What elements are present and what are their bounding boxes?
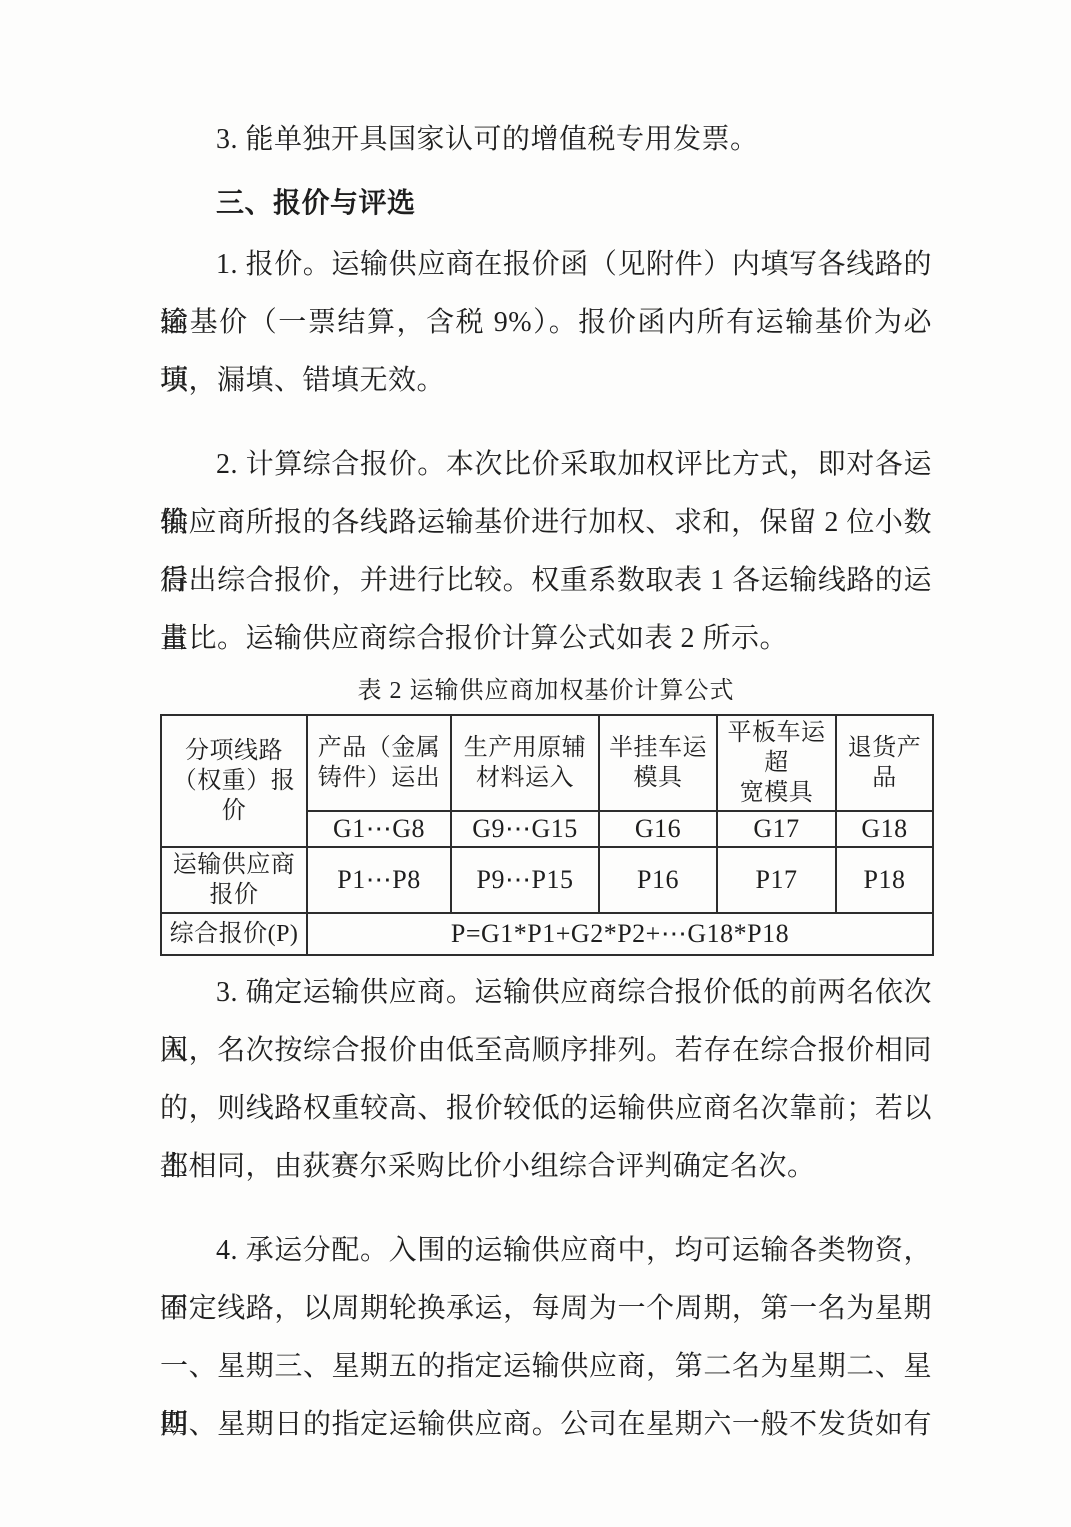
table-2-caption: 表 2 运输供应商加权基价计算公式 [160,668,932,714]
quote-cell-p17: P17 [717,847,836,913]
table-header-semitrailer-mold: 半挂车运 模具 [599,715,717,811]
quote-cell-p1-p8: P1⋯P8 [307,847,451,913]
paragraph-supplier-selection-line-3: 的，则线路权重较高、报价较低的运输供应商名次靠前；若以上 [160,1080,932,1138]
paragraph-quotation-line-1: 1. 报价。运输供应商在报价函（见附件）内填写各线路的运 [160,236,932,294]
weight-cell-g17: G17 [717,811,836,847]
paragraph-supplier-selection-line-2: 围，名次按综合报价由低至高顺序排列。若存在综合报价相同 [160,1022,932,1080]
paragraph-carrier-allocation-line-4: 四、星期日的指定运输供应商。公司在星期六一般不发货如有 [160,1396,932,1454]
weight-cell-g16: G16 [599,811,717,847]
clause-3-invoice-line: 3. 能单独开具国家认可的增值税专用发票。 [160,111,932,169]
supplier-quote-row-label: 运输供应商 报价 [161,847,307,913]
paragraph-composite-calc: 2. 计算综合报价。本次比价采取加权评比方式，即对各运输 供应商所报的各线路运输… [160,436,932,668]
table-header-returned-goods: 退货产品 [836,715,933,811]
table-header-raw-materials-inbound: 生产用原辅 材料运入 [451,715,599,811]
weight-cell-g9-g15: G9⋯G15 [451,811,599,847]
document-page: 3. 能单独开具国家认可的增值税专用发票。 三、报价与评选 1. 报价。运输供应… [0,0,1071,1527]
quote-cell-p18: P18 [836,847,933,913]
paragraph-carrier-allocation-line-3: 一、星期三、星期五的指定运输供应商，第二名为星期二、星期 [160,1338,932,1396]
paragraph-supplier-selection: 3. 确定运输供应商。运输供应商综合报价低的前两名依次入 围，名次按综合报价由低… [160,964,932,1196]
composite-price-row-label: 综合报价(P) [161,913,307,955]
quote-cell-p9-p15: P9⋯P15 [451,847,599,913]
paragraph-carrier-allocation: 4. 承运分配。入围的运输供应商中，均可运输各类物资，不 固定线路，以周期轮换承… [160,1222,932,1454]
paragraph-composite-calc-line-2: 供应商所报的各线路运输基价进行加权、求和，保留 2 位小数后 [160,494,932,552]
paragraph-carrier-allocation-line-2: 固定线路，以周期轮换承运，每周为一个周期，第一名为星期 [160,1280,932,1338]
table-corner-label-cell: 分项线路 （权重）报 价 [161,715,307,847]
paragraph-composite-calc-line-3: 得出综合报价，并进行比较。权重系数取表 1 各运输线路的运量 [160,552,932,610]
weight-cell-g1-g8: G1⋯G8 [307,811,451,847]
composite-price-formula: P=G1*P1+G2*P2+⋯G18*P18 [307,913,933,955]
paragraph-composite-calc-line-4: 占比。运输供应商综合报价计算公式如表 2 所示。 [160,610,932,668]
quote-cell-p16: P16 [599,847,717,913]
weighted-base-price-table: 分项线路 （权重）报 价 产品（金属 铸件）运出 生产用原辅 材料运入 半挂车运… [160,714,934,956]
paragraph-supplier-selection-line-4: 都相同，由荻赛尔采购比价小组综合评判确定名次。 [160,1138,932,1196]
paragraph-supplier-selection-line-1: 3. 确定运输供应商。运输供应商综合报价低的前两名依次入 [160,964,932,1022]
paragraph-quotation: 1. 报价。运输供应商在报价函（见附件）内填写各线路的运 输基价（一票结算，含税… [160,236,932,410]
weight-cell-g18: G18 [836,811,933,847]
section-heading: 三、报价与评选 [160,174,932,232]
paragraph-quotation-line-2: 输基价（一票结算，含税 9%）。报价函内所有运输基价为必填 [160,294,932,352]
paragraph-carrier-allocation-line-1: 4. 承运分配。入围的运输供应商中，均可运输各类物资，不 [160,1222,932,1280]
paragraph-quotation-line-3: 项，漏填、错填无效。 [160,352,932,410]
table-header-flatbed-wide-mold: 平板车运超 宽模具 [717,715,836,811]
table-header-product-outbound: 产品（金属 铸件）运出 [307,715,451,811]
paragraph-composite-calc-line-1: 2. 计算综合报价。本次比价采取加权评比方式，即对各运输 [160,436,932,494]
table-row-headers: 分项线路 （权重）报 价 产品（金属 铸件）运出 生产用原辅 材料运入 半挂车运… [161,715,933,811]
table-row-supplier-quotes: 运输供应商 报价 P1⋯P8 P9⋯P15 P16 P17 P18 [161,847,933,913]
table-row-composite-formula: 综合报价(P) P=G1*P1+G2*P2+⋯G18*P18 [161,913,933,955]
document-content: 3. 能单独开具国家认可的增值税专用发票。 三、报价与评选 1. 报价。运输供应… [160,111,932,1454]
